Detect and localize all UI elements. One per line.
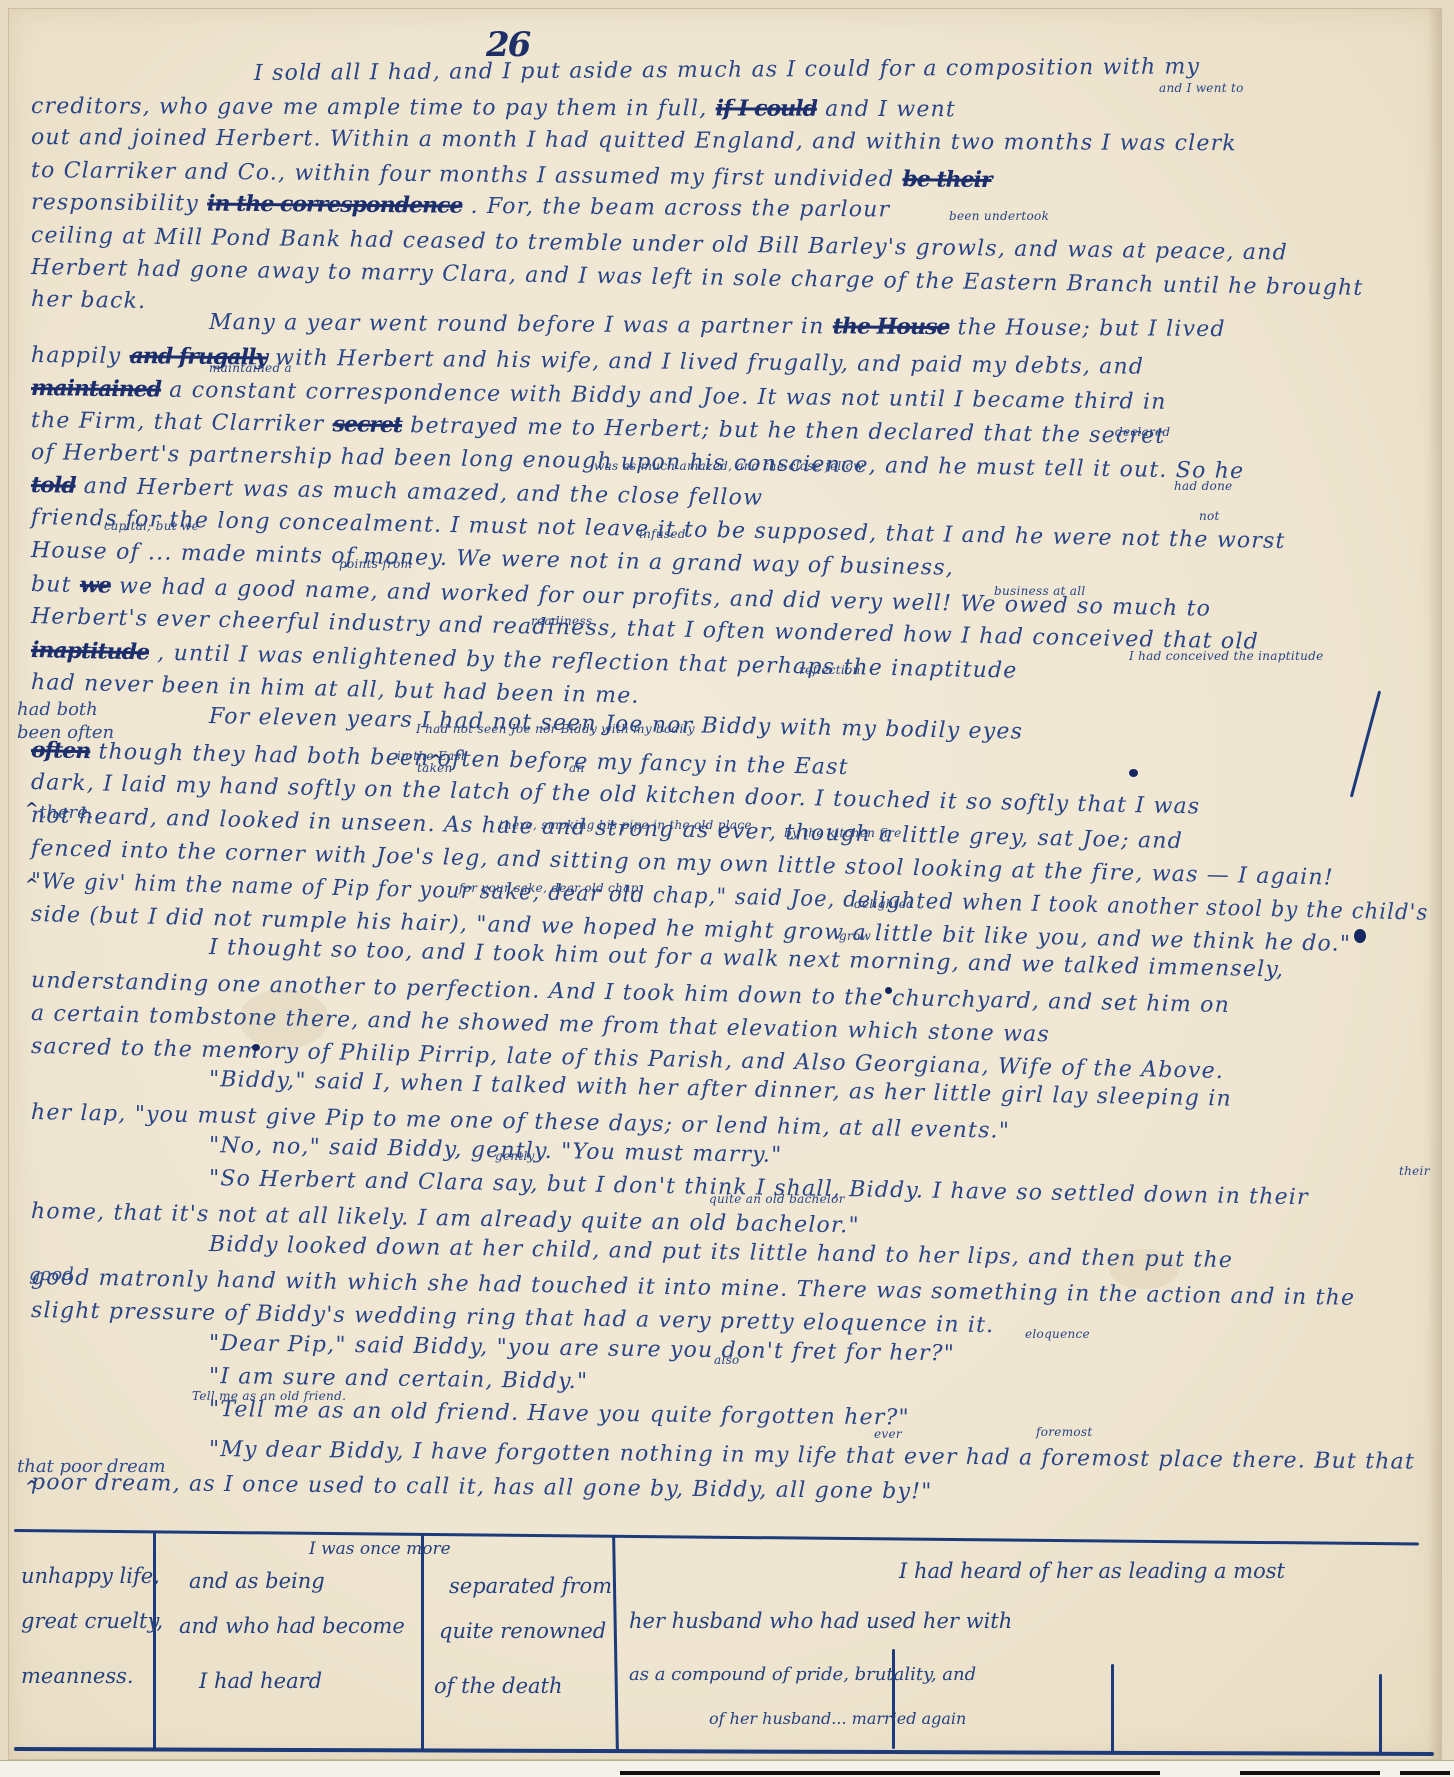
struck-through-text: in the correspondence bbox=[207, 191, 462, 219]
ink-blot bbox=[252, 1044, 260, 1051]
line-text: slight pressure of Biddy's wedding ring … bbox=[31, 1298, 995, 1338]
line-text-continued: and I went bbox=[825, 97, 956, 122]
box-cell: separated from bbox=[449, 1574, 612, 1598]
line-text: to Clarriker and Co., within four months… bbox=[31, 158, 894, 192]
struck-through-text: maintained bbox=[31, 375, 161, 403]
box-cell: I had heard of her as leading a most bbox=[899, 1559, 1285, 1583]
line-text: Many a year went round before I was a pa… bbox=[209, 310, 825, 339]
line-text: but bbox=[31, 572, 72, 598]
interlinear-insertion: grow bbox=[839, 929, 871, 943]
interlinear-insertion: there, smoking his pipe in the old place bbox=[499, 818, 752, 832]
line-text: happily bbox=[31, 343, 122, 369]
struck-through-text: secret bbox=[332, 411, 402, 438]
page-edge-shadow bbox=[1427, 9, 1441, 1759]
box-cell: as a compound of pride, brutality, and bbox=[629, 1664, 976, 1685]
interlinear-insertion: business at all bbox=[994, 584, 1086, 598]
ink-blot bbox=[1354, 929, 1366, 943]
struck-through-text: if I could bbox=[716, 95, 817, 121]
line-text: creditors, who gave me ample time to pay… bbox=[31, 94, 708, 121]
line-text-continued: a constant correspondence with Biddy and… bbox=[169, 378, 1167, 415]
interlinear-insertion: their bbox=[1399, 1164, 1430, 1178]
interlinear-insertion: an bbox=[569, 761, 584, 775]
interlinear-insertion: ever bbox=[874, 1427, 902, 1441]
manuscript-line: "My dear Biddy, I have forgotten nothing… bbox=[209, 1437, 1415, 1475]
manuscript-line: to Clarriker and Co., within four months… bbox=[31, 157, 992, 193]
line-text: responsibility bbox=[31, 190, 199, 216]
line-text: her lap, "you must give Pip to me one of… bbox=[31, 1100, 1011, 1144]
interlinear-insertion: declared bbox=[1115, 425, 1170, 439]
manuscript-page: 26 I sold all I had, and I put aside as … bbox=[8, 8, 1442, 1760]
margin-note: been often bbox=[17, 722, 114, 743]
line-text-continued: and Herbert was as much amazed, and the … bbox=[84, 474, 764, 511]
interlinear-insertion: been undertook bbox=[949, 209, 1049, 223]
box-divider bbox=[1379, 1674, 1382, 1754]
manuscript-line: responsibility in the correspondence . F… bbox=[31, 189, 891, 222]
box-bottom-rule bbox=[14, 1747, 1434, 1756]
line-text: her back. bbox=[31, 287, 147, 314]
box-cell: I was once more bbox=[309, 1539, 451, 1559]
manuscript-line: her lap, "you must give Pip to me one of… bbox=[31, 1100, 1011, 1144]
line-text: Biddy looked down at her child, and put … bbox=[209, 1232, 1233, 1273]
interlinear-insertion: infused bbox=[639, 527, 686, 541]
manuscript-line: her back. bbox=[31, 287, 147, 314]
manuscript-line: had never been in him at all, but had be… bbox=[31, 670, 640, 709]
interlinear-insertion: readiness bbox=[531, 614, 592, 628]
manuscript-line: out and joined Herbert. Within a month I… bbox=[31, 125, 1237, 156]
interlinear-insertion: Tell me as an old friend. bbox=[192, 1389, 346, 1403]
line-text: poor dream, as I once used to call it, h… bbox=[31, 1470, 933, 1504]
manuscript-line: Many a year went round before I was a pa… bbox=[209, 309, 1226, 342]
line-text: I sold all I had, and I put aside as muc… bbox=[254, 54, 1200, 86]
manuscript-line: Biddy looked down at her child, and put … bbox=[209, 1232, 1233, 1273]
line-text-continued: betrayed me to Herbert; but he then decl… bbox=[410, 413, 1166, 449]
scan-bottom-edge bbox=[0, 1760, 1454, 1777]
interlinear-insertion: by the kitchen fire bbox=[784, 826, 902, 840]
interlinear-insertion: capital; but we bbox=[104, 519, 199, 533]
margin-note: that poor dream bbox=[17, 1456, 166, 1477]
insertion-caret: ^ bbox=[25, 799, 38, 818]
interlinear-insertion: gently bbox=[495, 1149, 535, 1163]
interlinear-insertion: had done bbox=[1174, 479, 1233, 493]
interlinear-insertion: points from bbox=[339, 557, 412, 571]
box-cell: and as being bbox=[189, 1569, 325, 1593]
struck-through-text: told bbox=[31, 472, 76, 499]
manuscript-background: 26 I sold all I had, and I put aside as … bbox=[0, 0, 1454, 1777]
margin-note: good bbox=[29, 1264, 74, 1285]
box-divider bbox=[1111, 1664, 1114, 1754]
insertion-caret: ^ bbox=[429, 751, 442, 770]
interlinear-insertion: maintained a bbox=[209, 361, 292, 375]
line-text: "My dear Biddy, I have forgotten nothing… bbox=[209, 1437, 1415, 1475]
struck-through-text: the House bbox=[833, 313, 950, 340]
interlinear-insertion: eloquence bbox=[1025, 1327, 1090, 1341]
line-text-continued: with Herbert and his wife, and I lived f… bbox=[275, 346, 1144, 380]
interlinear-insertion: reflection bbox=[799, 663, 861, 677]
box-cell: I had heard bbox=[199, 1669, 322, 1693]
margin-note: had both bbox=[17, 699, 98, 720]
box-divider bbox=[612, 1535, 619, 1751]
manuscript-line: creditors, who gave me ample time to pay… bbox=[31, 93, 956, 122]
box-top-rule bbox=[14, 1529, 1419, 1545]
manuscript-line: told and Herbert was as much amazed, and… bbox=[31, 472, 764, 511]
margin-note: there. bbox=[39, 802, 93, 823]
struck-through-text: be their bbox=[902, 166, 991, 193]
line-text: "Dear Pip," said Biddy, "you are sure yo… bbox=[209, 1331, 955, 1366]
box-cell: meanness. bbox=[21, 1664, 134, 1688]
manuscript-line: I sold all I had, and I put aside as muc… bbox=[254, 54, 1200, 86]
line-text-continued: . For, the beam across the parlour bbox=[470, 194, 890, 223]
interlinear-insertion: was as much amazed, and the close fellow bbox=[594, 459, 864, 473]
struck-through-text: inaptitude bbox=[31, 637, 150, 665]
interlinear-insertion: I had not seen Joe nor Biddy with my bod… bbox=[416, 722, 695, 736]
interlinear-insertion: for your sake, dear old chap bbox=[459, 881, 639, 895]
struck-through-text: we bbox=[80, 572, 111, 599]
box-divider bbox=[421, 1533, 424, 1751]
line-text: the Firm, that Clarriker bbox=[31, 408, 325, 437]
interlinear-insertion: foremost bbox=[1036, 1425, 1093, 1439]
insertion-caret: ^ bbox=[25, 1477, 38, 1496]
line-text: out and joined Herbert. Within a month I… bbox=[31, 125, 1237, 156]
line-text: had never been in him at all, but had be… bbox=[31, 670, 640, 709]
manuscript-line: "Dear Pip," said Biddy, "you are sure yo… bbox=[209, 1331, 955, 1366]
box-cell: unhappy life, bbox=[21, 1564, 160, 1588]
box-cell: quite renowned bbox=[439, 1619, 606, 1643]
box-cell: of the death bbox=[434, 1674, 563, 1698]
interlinear-insertion: and I went to bbox=[1159, 81, 1244, 95]
ink-blot bbox=[885, 987, 892, 994]
manuscript-line: happily and frugally with Herbert and hi… bbox=[31, 342, 1144, 380]
box-cell: her husband who had used her with bbox=[629, 1609, 1012, 1633]
interlinear-insertion: also bbox=[714, 1353, 740, 1367]
manuscript-line: slight pressure of Biddy's wedding ring … bbox=[31, 1298, 995, 1338]
interlinear-insertion: not bbox=[1199, 509, 1220, 523]
box-cell: great cruelty, bbox=[21, 1609, 163, 1633]
interlinear-insertion: delighted bbox=[854, 897, 914, 911]
interlinear-insertion: quite an old bachelor bbox=[709, 1192, 845, 1206]
bracket-stroke bbox=[1350, 690, 1381, 797]
insertion-caret: ^ bbox=[25, 875, 38, 894]
box-cell: and who had become bbox=[179, 1614, 405, 1638]
manuscript-line: poor dream, as I once used to call it, h… bbox=[31, 1470, 933, 1504]
box-cell: of her husband... married again bbox=[709, 1709, 966, 1728]
ink-blot bbox=[1129, 769, 1138, 777]
line-text-continued: the House; but I lived bbox=[958, 315, 1226, 342]
interlinear-insertion: I had conceived the inaptitude bbox=[1129, 649, 1324, 663]
